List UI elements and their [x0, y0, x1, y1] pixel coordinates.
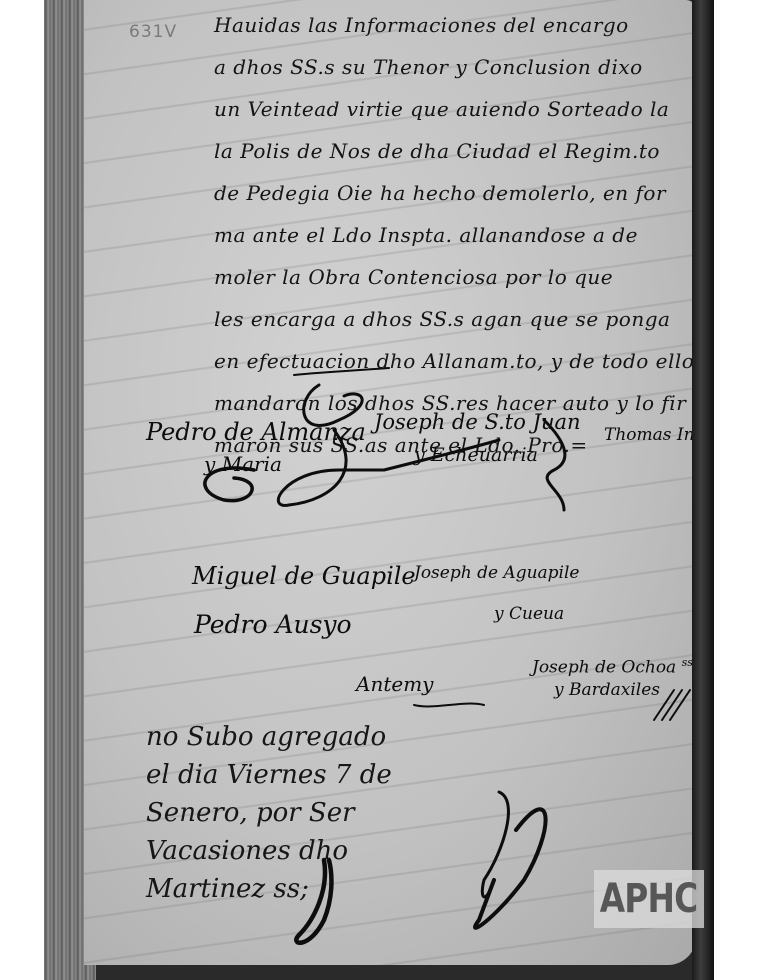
note-line: no Subo agregado: [146, 718, 506, 756]
note-line: Vacasiones dho: [146, 832, 506, 870]
archive-watermark: APHC: [594, 870, 704, 928]
manuscript-page: 631V Hauidas las Informaciones del encar…: [84, 0, 696, 965]
watermark-text: APHC: [600, 876, 698, 922]
book-binding: [692, 0, 714, 980]
marginal-note: no Subo agregado el dia Viernes 7 de Sen…: [146, 718, 506, 908]
note-line: el dia Viernes 7 de: [146, 756, 506, 794]
note-line: Martinez ss;: [146, 870, 506, 908]
note-line: Senero, por Ser: [146, 794, 506, 832]
manuscript-scan: 631V Hauidas las Informaciones del encar…: [44, 0, 714, 980]
